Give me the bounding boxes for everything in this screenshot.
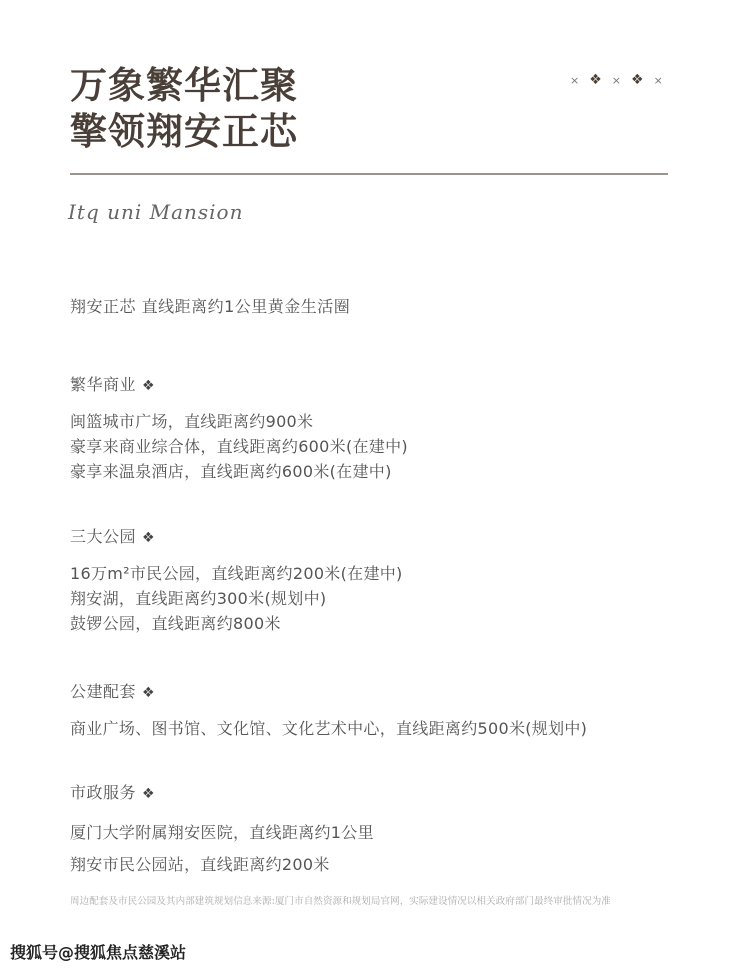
section-municipal-services: 市政服务❖ 厦门大学附属翔安医院，直线距离约1公里 翔安市民公园站，直线距离约2… bbox=[70, 780, 374, 881]
list-item: 16万m²市民公园，直线距离约200米(在建中) bbox=[70, 561, 403, 586]
intro-text: 翔安正芯 直线距离约1公里黄金生活圈 bbox=[70, 294, 350, 317]
page-title: 万象繁华汇聚 擎领翔安正芯 bbox=[70, 62, 298, 154]
cross-icon: × bbox=[570, 74, 579, 87]
disclaimer-footnote: 周边配套及市民公园及其内部建筑规划信息来源:厦门市自然资源和规划局官网，实际建设… bbox=[70, 893, 611, 907]
list-item: 鼓锣公园，直线距离约800米 bbox=[70, 611, 403, 636]
list-item: 闽篮城市广场，直线距离约900米 bbox=[70, 409, 408, 434]
diamond-flower-icon: ❖ bbox=[589, 72, 602, 88]
list-item: 翔安市民公园站，直线距离约200米 bbox=[70, 849, 374, 881]
section-public-facilities: 公建配套❖ 商业广场、图书馆、文化馆、文化艺术中心，直线距离约500米(规划中) bbox=[70, 679, 587, 741]
diamond-flower-icon: ❖ bbox=[142, 685, 155, 701]
list-item: 豪享来温泉酒店，直线距离约600米(在建中) bbox=[70, 459, 408, 484]
decorative-ornament: × ❖ × ❖ × bbox=[570, 72, 663, 88]
list-item: 豪享来商业综合体，直线距离约600米(在建中) bbox=[70, 434, 408, 459]
section-heading: 公建配套❖ bbox=[70, 679, 587, 702]
list-item: 翔安湖，直线距离约300米(规划中) bbox=[70, 586, 403, 611]
source-watermark: 搜狐号@搜狐焦点慈溪站 bbox=[10, 940, 186, 963]
diamond-flower-icon: ❖ bbox=[142, 378, 155, 394]
diamond-flower-icon: ❖ bbox=[142, 786, 155, 802]
list-item: 厦门大学附属翔安医院，直线距离约1公里 bbox=[70, 817, 374, 849]
script-signature: Itq uni Mansion bbox=[68, 200, 243, 224]
section-commerce: 繁华商业❖ 闽篮城市广场，直线距离约900米 豪享来商业综合体，直线距离约600… bbox=[70, 372, 408, 484]
section-heading: 三大公园❖ bbox=[70, 524, 403, 547]
section-parks: 三大公园❖ 16万m²市民公园，直线距离约200米(在建中) 翔安湖，直线距离约… bbox=[70, 524, 403, 636]
section-heading: 市政服务❖ bbox=[70, 780, 374, 803]
title-line-1: 万象繁华汇聚 bbox=[70, 62, 298, 108]
list-item: 商业广场、图书馆、文化馆、文化艺术中心，直线距离约500米(规划中) bbox=[70, 716, 587, 741]
title-divider bbox=[70, 173, 668, 175]
section-heading: 繁华商业❖ bbox=[70, 372, 408, 395]
diamond-flower-icon: ❖ bbox=[631, 72, 644, 88]
cross-icon: × bbox=[612, 74, 621, 87]
title-line-2: 擎领翔安正芯 bbox=[70, 108, 298, 154]
cross-icon: × bbox=[654, 74, 663, 87]
diamond-flower-icon: ❖ bbox=[142, 530, 155, 546]
